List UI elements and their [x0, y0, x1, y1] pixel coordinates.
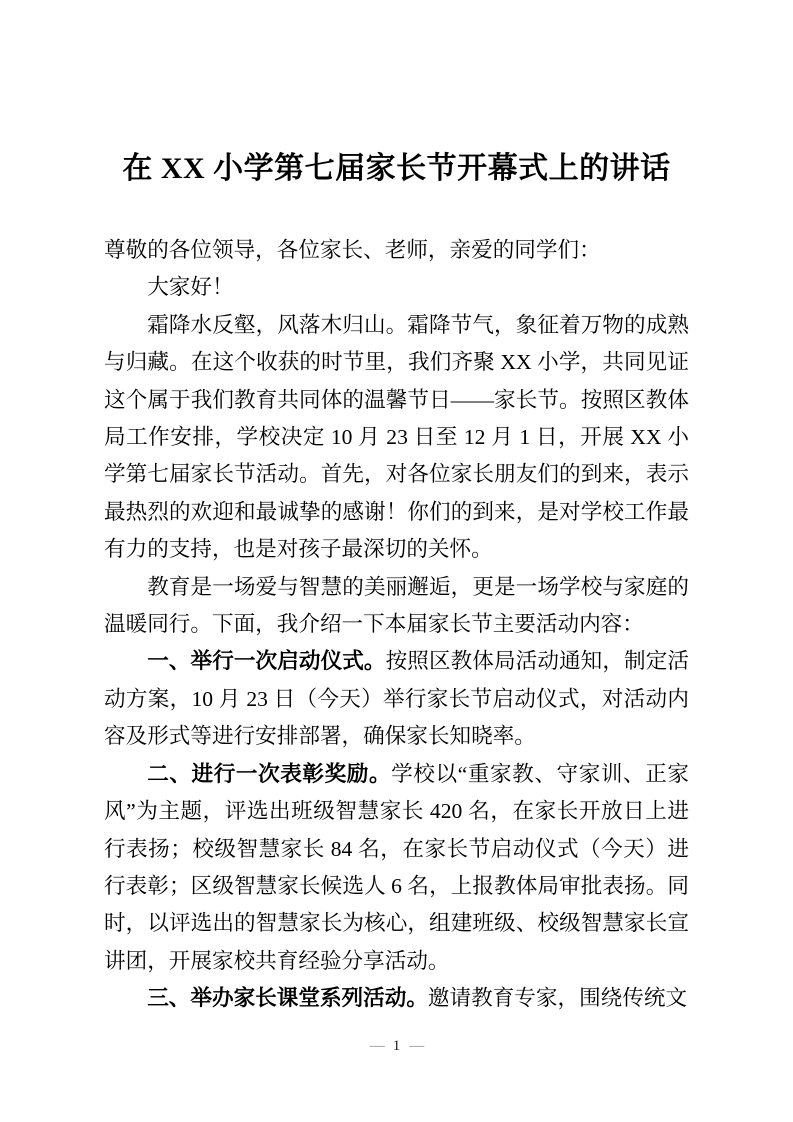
- document-title: 在 XX 小学第七届家长节开幕式上的讲话: [104, 148, 689, 190]
- paragraph-item-3: 三、举办家长课堂系列活动。邀请教育专家，围绕传统文: [104, 980, 689, 1017]
- item-2-text: 学校以“重家教、守家训、正家风”为主题，评选出班级智慧家长 420 名，在家长开…: [104, 762, 689, 973]
- paragraph-opening: 霜降水反壑，风落木归山。霜降节气，象征着万物的成熟与归藏。在这个收获的时节里，我…: [104, 307, 689, 569]
- item-2-heading: 二、进行一次表彰奖励。: [147, 762, 391, 786]
- document-page: 在 XX 小学第七届家长节开幕式上的讲话 尊敬的各位领导，各位家长、老师，亲爱的…: [0, 0, 793, 1122]
- item-3-heading: 三、举办家长课堂系列活动。: [147, 986, 428, 1010]
- footer-dash-right: —: [409, 1038, 423, 1054]
- greeting-line: 大家好！: [104, 269, 689, 306]
- footer-dash-left: —: [370, 1038, 384, 1054]
- page-footer: —1—: [0, 1036, 793, 1056]
- footer-page-number: 1: [393, 1038, 401, 1054]
- paragraph-item-1: 一、举行一次启动仪式。按照区教体局活动通知，制定活动方案，10 月 23 日（今…: [104, 643, 689, 755]
- salutation-line: 尊敬的各位领导，各位家长、老师，亲爱的同学们：: [104, 232, 689, 269]
- paragraph-item-2: 二、进行一次表彰奖励。学校以“重家教、守家训、正家风”为主题，评选出班级智慧家长…: [104, 756, 689, 980]
- item-1-heading: 一、举行一次启动仪式。: [147, 649, 385, 673]
- paragraph-intro: 教育是一场爱与智慧的美丽邂逅，更是一场学校与家庭的温暖同行。下面，我介绍一下本届…: [104, 569, 689, 644]
- item-3-text: 邀请教育专家，围绕传统文: [428, 986, 687, 1010]
